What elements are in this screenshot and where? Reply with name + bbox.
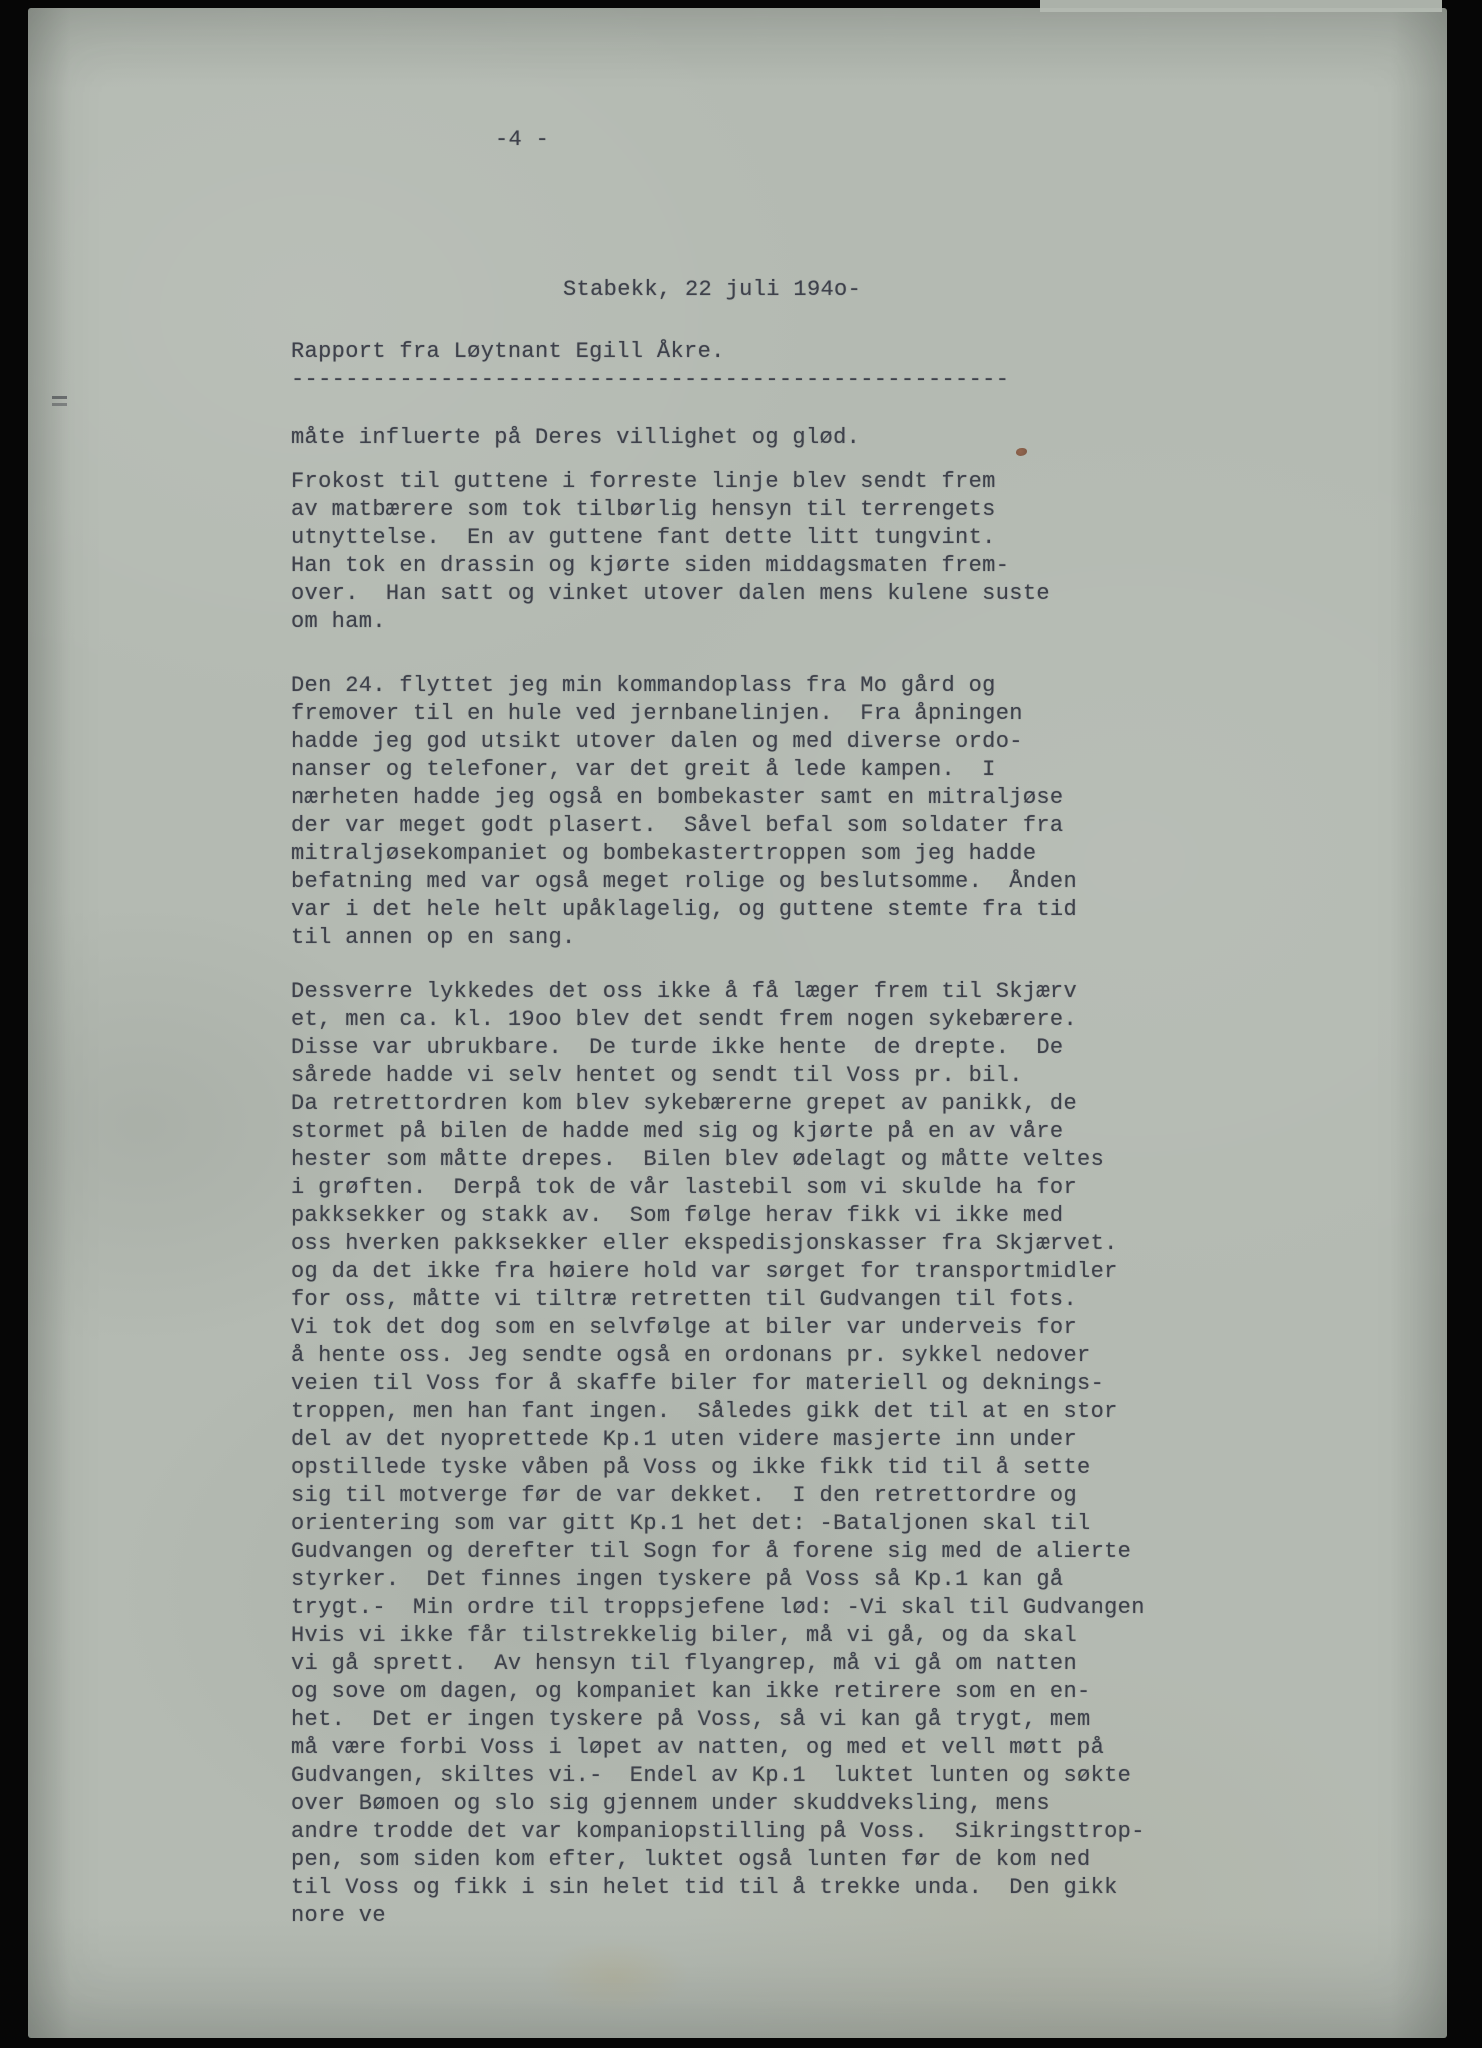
text-line: del av det nyoprettede Kp.1 uten videre …	[291, 1426, 1145, 1454]
text-line: til Voss og fikk i sin helet tid til å t…	[291, 1874, 1145, 1902]
paragraph: måte influerte på Deres villighet og glø…	[291, 424, 1145, 452]
text-line: opstillede tyske våben på Voss og ikke f…	[291, 1454, 1145, 1482]
text-line: over. Han satt og vinket utover dalen me…	[291, 580, 1145, 608]
text-line: for oss, måtte vi tiltræ retretten til G…	[291, 1286, 1145, 1314]
text-line: utnyttelse. En av guttene fant dette lit…	[291, 524, 1145, 552]
text-line: andre trodde det var kompaniopstilling p…	[291, 1818, 1145, 1846]
text-line: pakksekker og stakk av. Som følge herav …	[291, 1202, 1145, 1230]
text-line: styrker. Det finnes ingen tyskere på Vos…	[291, 1566, 1145, 1594]
text-line: var i det hele helt upåklagelig, og gutt…	[291, 896, 1145, 924]
text-line: der var meget godt plasert. Såvel befal …	[291, 812, 1145, 840]
text-line: nærheten hadde jeg også en bombekaster s…	[291, 784, 1145, 812]
scanned-page-background: -4 - Stabekk, 22 juli 194o- Rapport fra …	[0, 0, 1482, 2048]
text-line: Da retrettordren kom blev sykebærerne gr…	[291, 1090, 1145, 1118]
text-line: Disse var ubrukbare. De turde ikke hente…	[291, 1034, 1145, 1062]
paragraph: Frokost til guttene i forreste linje ble…	[291, 468, 1145, 636]
text-line: sig til motverge før de var dekket. I de…	[291, 1482, 1145, 1510]
text-line: sårede hadde vi selv hentet og sendt til…	[291, 1062, 1145, 1090]
text-line: nore ve	[291, 1902, 1145, 1930]
page-number: -4 -	[495, 126, 549, 154]
text-line: om ham.	[291, 608, 1145, 636]
paper-stain	[540, 1938, 690, 2014]
text-line: vi gå sprett. Av hensyn til flyangrep, m…	[291, 1650, 1145, 1678]
text-line: og sove om dagen, og kompaniet kan ikke …	[291, 1678, 1145, 1706]
text-line: pen, som siden kom efter, luktet også lu…	[291, 1846, 1145, 1874]
paper-top-edge	[1040, 0, 1442, 12]
text-line: stormet på bilen de hadde med sig og kjø…	[291, 1118, 1145, 1146]
text-line: et, men ca. kl. 19oo blev det sendt frem…	[291, 1006, 1145, 1034]
text-line: veien til Voss for å skaffe biler for ma…	[291, 1370, 1145, 1398]
paragraph: Dessverre lykkedes det oss ikke å få læg…	[291, 978, 1145, 1930]
dateline: Stabekk, 22 juli 194o-	[563, 276, 861, 304]
text-line: av matbærere som tok tilbørlig hensyn ti…	[291, 496, 1145, 524]
text-line: Gudvangen, skiltes vi.- Endel av Kp.1 lu…	[291, 1762, 1145, 1790]
report-title: Rapport fra Løytnant Egill Åkre.	[291, 338, 725, 366]
text-line: til annen op en sang.	[291, 924, 1145, 952]
crease-mark	[52, 396, 67, 406]
text-line: over Bømoen og slo sig gjennem under sku…	[291, 1790, 1145, 1818]
title-divider: ----------------------------------------…	[291, 366, 1007, 394]
report-body: måte influerte på Deres villighet og glø…	[291, 424, 1145, 1930]
text-line: befatning med var også meget rolige og b…	[291, 868, 1145, 896]
text-line: Gudvangen og derefter til Sogn for å for…	[291, 1538, 1145, 1566]
text-line: het. Det er ingen tyskere på Voss, så vi…	[291, 1706, 1145, 1734]
text-line: mitraljøsekompaniet og bombekastertroppe…	[291, 840, 1145, 868]
text-line: Den 24. flyttet jeg min kommandoplass fr…	[291, 672, 1145, 700]
text-line: oss hverken pakksekker eller ekspedisjon…	[291, 1230, 1145, 1258]
text-line: Hvis vi ikke får tilstrekkelig biler, må…	[291, 1622, 1145, 1650]
text-line: hadde jeg god utsikt utover dalen og med…	[291, 728, 1145, 756]
text-line: troppen, men han fant ingen. Således gik…	[291, 1398, 1145, 1426]
text-line: nanser og telefoner, var det greit å led…	[291, 756, 1145, 784]
text-line: orientering som var gitt Kp.1 het det: -…	[291, 1510, 1145, 1538]
paragraph: Den 24. flyttet jeg min kommandoplass fr…	[291, 672, 1145, 952]
text-line: fremover til en hule ved jernbanelinjen.…	[291, 700, 1145, 728]
text-line: måte influerte på Deres villighet og glø…	[291, 424, 1145, 452]
text-line: Frokost til guttene i forreste linje ble…	[291, 468, 1145, 496]
text-line: trygt.- Min ordre til troppsjefene lød: …	[291, 1594, 1145, 1622]
text-line: Han tok en drassin og kjørte siden midda…	[291, 552, 1145, 580]
text-line: å hente oss. Jeg sendte også en ordonans…	[291, 1342, 1145, 1370]
text-line: hester som måtte drepes. Bilen blev ødel…	[291, 1146, 1145, 1174]
text-line: Vi tok det dog som en selvfølge at biler…	[291, 1314, 1145, 1342]
text-line: og da det ikke fra høiere hold var sørge…	[291, 1258, 1145, 1286]
text-line: i grøften. Derpå tok de vår lastebil som…	[291, 1174, 1145, 1202]
text-line: Dessverre lykkedes det oss ikke å få læg…	[291, 978, 1145, 1006]
text-line: må være forbi Voss i løpet av natten, og…	[291, 1734, 1145, 1762]
